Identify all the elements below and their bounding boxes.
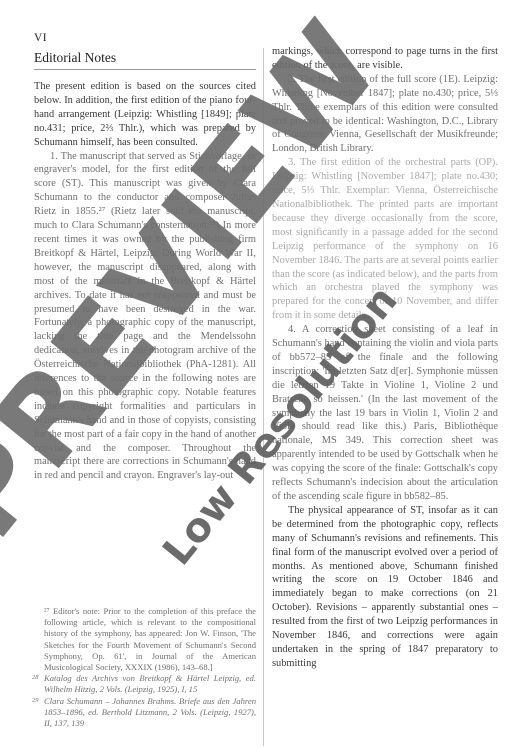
continuation-paragraph: markings, which correspond to page turns… (272, 45, 498, 73)
intro-paragraph: The present edition is based on the sour… (34, 80, 256, 150)
page-number: VI (34, 32, 47, 44)
section-title: Editorial Notes (34, 50, 256, 70)
document-page: VI Editorial Notes The present edition i… (0, 0, 530, 750)
footnote: ²⁷ Editor's note: Prior to the completio… (34, 606, 256, 673)
source-1-paragraph: 1. The manuscript that served as Stichvo… (34, 150, 256, 484)
footnote-number: 28 (32, 672, 39, 683)
footnote: 28Katalog des Archivs von Breitkopf & Hä… (34, 673, 256, 695)
column-divider (263, 48, 264, 746)
footnote: 29Clara Schumann – Johannes Brahms. Brie… (34, 696, 256, 730)
source-3-paragraph: 3. The first edition of the orchestral p… (272, 156, 498, 323)
footnote-text: Clara Schumann – Johannes Brahms. Briefe… (44, 696, 256, 728)
footnote-text: ²⁷ Editor's note: Prior to the completio… (44, 606, 256, 672)
footnote-number: 29 (32, 695, 39, 706)
right-column: markings, which correspond to page turns… (272, 45, 498, 671)
source-4-paragraph: 4. A correction sheet consisting of a le… (272, 323, 498, 504)
left-column: The present edition is based on the sour… (34, 80, 256, 483)
footnote-text: Katalog des Archivs von Breitkopf & Härt… (44, 673, 256, 694)
physical-appearance-paragraph: The physical appearance of ST, insofar a… (272, 504, 498, 671)
source-2-paragraph: 2. The first edition of the full score (… (272, 73, 498, 156)
footnotes: ²⁷ Editor's note: Prior to the completio… (34, 606, 256, 729)
